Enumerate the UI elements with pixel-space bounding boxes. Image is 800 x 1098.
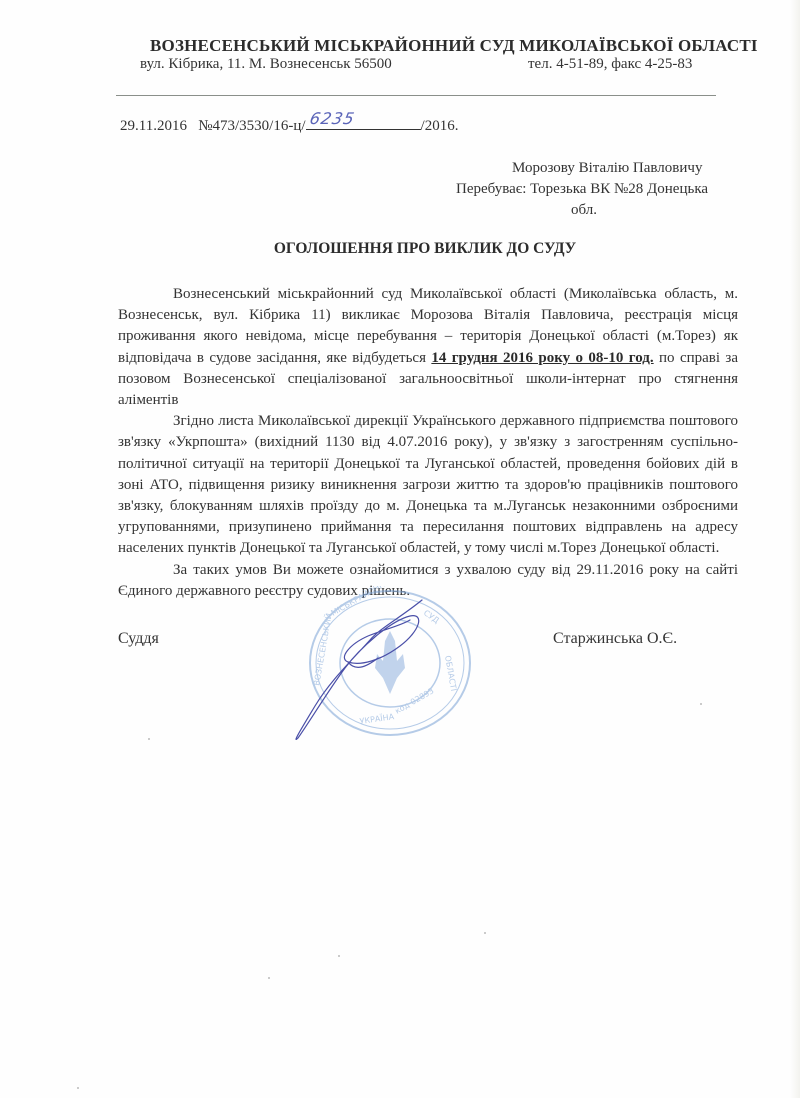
judge-signature-icon (270, 596, 430, 746)
outgoing-reference: 29.11.2016 №473/3530/16-ц/6235/2016. (120, 115, 458, 135)
scan-speck (700, 703, 702, 705)
court-stamp-icon: МІСЬКРАЙОННИЙ СУД ОБЛАСТІ УКРАЇНА код 02… (305, 586, 475, 741)
scan-speck (338, 955, 340, 957)
reference-number-suffix: /2016. (421, 118, 459, 134)
scan-speck (484, 932, 486, 934)
court-name-heading: ВОЗНЕСЕНСЬКИЙ МІСЬКРАЙОННИЙ СУД МИКОЛАЇВ… (150, 36, 710, 56)
signatory-role: Суддя (118, 630, 159, 648)
addressee-location: Перебуває: Торезька ВК №28 Донецька (456, 179, 736, 200)
scan-speck (77, 1087, 79, 1089)
handwritten-number: 6235 (308, 109, 357, 128)
svg-text:код 02893: код 02893 (394, 686, 436, 715)
scan-speck (268, 977, 270, 979)
document-title: ОГОЛОШЕННЯ ПРО ВИКЛИК ДО СУДУ (0, 240, 800, 258)
svg-text:СУД: СУД (422, 608, 441, 625)
court-phone-fax: тел. 4-51-89, факс 4-25-83 (528, 56, 692, 73)
court-address: вул. Кібрика, 11. М. Вознесенськ 56500 (140, 56, 392, 73)
document-body: Вознесенський міськрайонний суд Миколаїв… (118, 284, 738, 602)
addressee-block: Морозову Віталію Павловичу Перебуває: То… (456, 158, 736, 221)
addressee-name: Морозову Віталію Павловичу (456, 158, 736, 179)
body-paragraph-postal: Згідно листа Миколаївської дирекції Укра… (118, 411, 738, 559)
document-page: ВОЗНЕСЕНСЬКИЙ МІСЬКРАЙОННИЙ СУД МИКОЛАЇВ… (0, 0, 800, 1098)
signatory-name: Старжинська О.Є. (553, 630, 677, 648)
body-paragraph-summons: Вознесенський міськрайонний суд Миколаїв… (118, 284, 738, 411)
reference-number-prefix: №473/3530/16-ц/ (198, 118, 305, 134)
hearing-datetime: 14 грудня 2016 року о 08-10 год. (431, 350, 653, 366)
body-paragraph-registry: За таких умов Ви можете ознайомитися з у… (118, 560, 738, 602)
svg-text:ВОЗНЕСЕНСЬКИЙ: ВОЗНЕСЕНСЬКИЙ (310, 612, 334, 686)
reference-number-blank: 6235 (306, 115, 421, 130)
svg-text:УКРАЇНА: УКРАЇНА (359, 711, 395, 726)
letterhead-divider (116, 95, 716, 96)
svg-text:ОБЛАСТІ: ОБЛАСТІ (443, 655, 458, 692)
scan-speck (148, 738, 150, 740)
addressee-location-cont: обл. (456, 200, 736, 221)
reference-date: 29.11.2016 (120, 118, 187, 134)
